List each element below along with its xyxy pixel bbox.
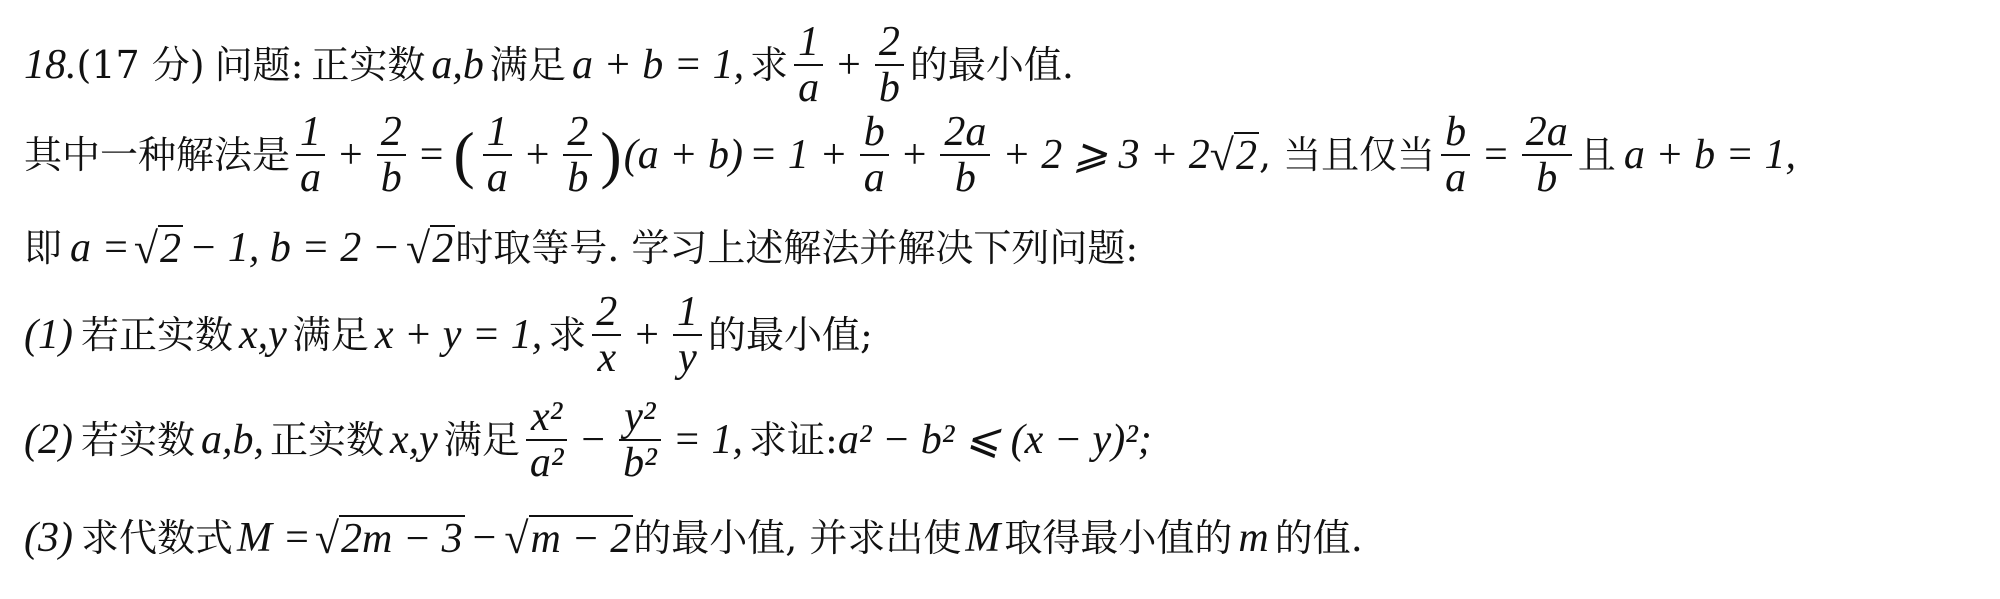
text: 求证: xyxy=(749,421,838,459)
text: 正实数 xyxy=(311,46,425,84)
math-expr: + 2 ⩾ 3 + 2 xyxy=(1002,134,1209,176)
equality-line: 即 a = √2 − 1, b = 2 − √2 时取等号. 学习上述解法并解决… xyxy=(24,225,1138,271)
part-label: (2) xyxy=(24,419,73,461)
text: 的最小值, 并求出使 xyxy=(633,519,961,557)
problem-points: (17 分) xyxy=(77,46,205,84)
problem-number: 18. xyxy=(24,44,77,86)
math-expr: − 1, b = 2 − xyxy=(189,227,400,269)
text: 求 xyxy=(548,316,586,354)
math-condition: a + b = 1, xyxy=(1624,134,1796,176)
text: 满足 xyxy=(293,316,369,354)
fraction: 1 a xyxy=(794,20,823,110)
sqrt: √2 xyxy=(134,225,183,271)
math-vars: x,y xyxy=(390,419,438,461)
fraction: 2 b xyxy=(875,20,904,110)
fraction: 2x xyxy=(592,290,621,380)
math-vars: a,b, xyxy=(201,419,264,461)
text: 取得最小值的 xyxy=(1004,519,1232,557)
part-2: (2) 若实数 a,b, 正实数 x,y 满足 x²a² − y²b² = 1,… xyxy=(24,395,1152,485)
text: 满足 xyxy=(490,46,566,84)
fraction: 1a xyxy=(483,110,512,200)
fraction: ba xyxy=(860,110,889,200)
part-label: (1) xyxy=(24,314,73,356)
math-condition: x + y = 1, xyxy=(375,314,542,356)
text: 即 xyxy=(24,229,62,267)
math-var: M xyxy=(965,517,1000,559)
text: 的最小值; xyxy=(708,316,873,354)
text: 满足 xyxy=(444,421,520,459)
text: 其中一种解法是 xyxy=(24,136,290,174)
fraction: x²a² xyxy=(526,395,568,485)
sqrt: √2m − 3 xyxy=(315,515,465,561)
text: 求代数式 xyxy=(81,519,233,557)
solution-line: 其中一种解法是 1a + 2b = ( 1a + 2b ) (a + b) = … xyxy=(24,110,1796,200)
sqrt: √2 xyxy=(1210,132,1259,178)
fraction: 2ab xyxy=(1522,110,1572,200)
math-expr: = 1 + xyxy=(749,134,848,176)
part-3: (3) 求代数式 M = √2m − 3 − √m − 2 的最小值, 并求出使… xyxy=(24,515,1363,561)
math-vars: x,y xyxy=(239,314,287,356)
math-expr: (a + b) xyxy=(624,134,743,176)
sqrt: √m − 2 xyxy=(504,515,633,561)
text: 正实数 xyxy=(270,421,384,459)
math-inequality: a² − b² ⩽ (x − y)²; xyxy=(838,419,1152,461)
math-expr: = 1, xyxy=(673,419,743,461)
text: 且 xyxy=(1578,136,1616,174)
problem-label: 问题: xyxy=(215,46,304,84)
text: 时取等号. 学习上述解法并解决下列问题: xyxy=(455,229,1138,267)
text: 若正实数 xyxy=(81,316,233,354)
math-condition: a + b = 1, xyxy=(572,44,744,86)
math-var: m xyxy=(1238,517,1268,559)
fraction: ba xyxy=(1441,110,1470,200)
fraction: 2ab xyxy=(940,110,990,200)
text: 的值. xyxy=(1275,519,1363,557)
part-1: (1) 若正实数 x,y 满足 x + y = 1, 求 2x + 1y 的最小… xyxy=(24,290,873,380)
sqrt: √2 xyxy=(406,225,455,271)
problem-header-line: 18. (17 分) 问题: 正实数 a,b 满足 a + b = 1, 求 1… xyxy=(24,20,1074,110)
fraction: 2b xyxy=(563,110,592,200)
fraction: y²b² xyxy=(619,395,661,485)
math-vars: a,b xyxy=(431,44,484,86)
math-expr: a = xyxy=(70,227,130,269)
fraction: 1a xyxy=(296,110,325,200)
text: 的最小值. xyxy=(910,46,1074,84)
part-label: (3) xyxy=(24,517,73,559)
text: 若实数 xyxy=(81,421,195,459)
text: , 当且仅当 xyxy=(1259,136,1435,174)
fraction: 1y xyxy=(673,290,702,380)
math-expr: M = xyxy=(237,517,311,559)
text: 求 xyxy=(750,46,788,84)
fraction: 2b xyxy=(377,110,406,200)
